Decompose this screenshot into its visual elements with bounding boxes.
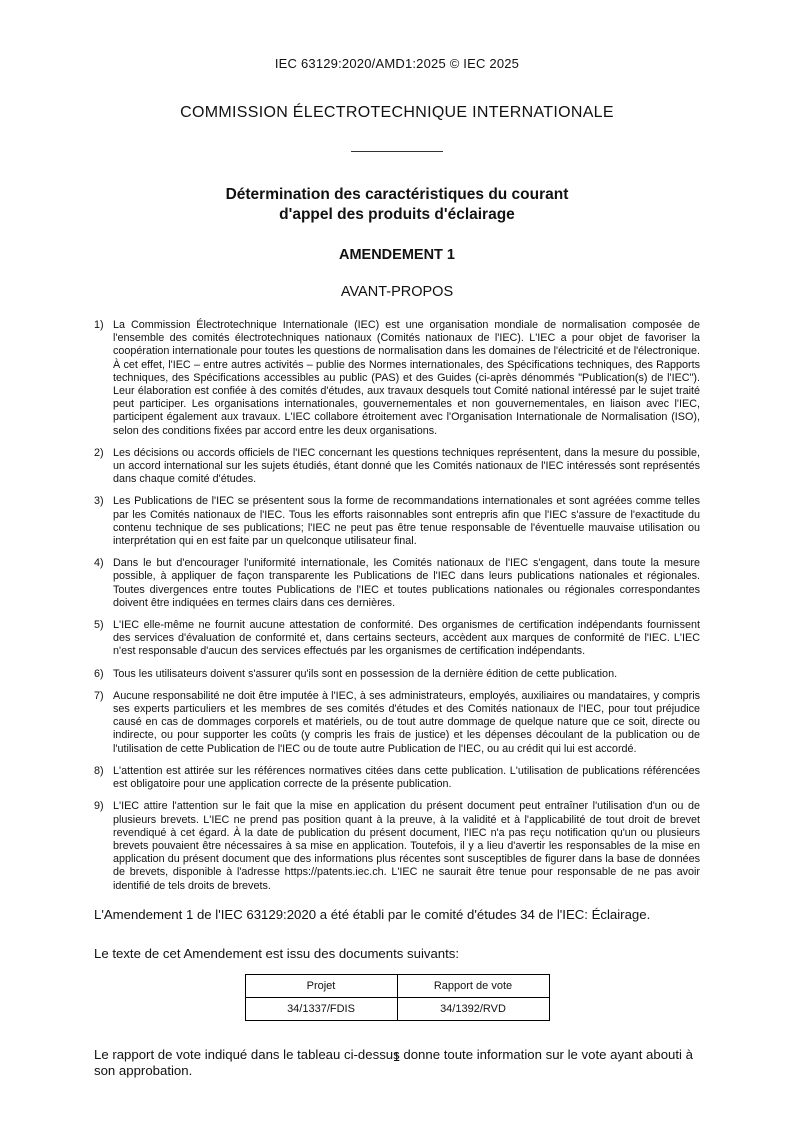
foreword-item-number: 8) <box>94 765 113 791</box>
running-header: IEC 63129:2020/AMD1:2025 © IEC 2025 <box>94 56 700 71</box>
foreword-item-text: La Commission Électrotechnique Internati… <box>113 319 700 438</box>
amendment-heading: AMENDEMENT 1 <box>94 247 700 263</box>
documents-table: Projet Rapport de vote 34/1337/FDIS 34/1… <box>245 974 550 1021</box>
foreword-item-text: Dans le but d'encourager l'uniformité in… <box>113 557 700 610</box>
foreword-item-6: 6) Tous les utilisateurs doivent s'assur… <box>94 668 700 681</box>
foreword-item-number: 4) <box>94 557 113 610</box>
foreword-heading: AVANT-PROPOS <box>94 284 700 300</box>
foreword-item-number: 9) <box>94 800 113 892</box>
documents-table-header-projet: Projet <box>245 974 397 997</box>
committee-paragraph: L'Amendement 1 de l'IEC 63129:2020 a été… <box>94 907 700 923</box>
document-title: Détermination des caractéristiques du co… <box>94 185 700 225</box>
foreword-list: 1) La Commission Électrotechnique Intern… <box>94 319 700 893</box>
foreword-item-5: 5) L'IEC elle-même ne fournit aucune att… <box>94 619 700 659</box>
documents-intro-paragraph: Le texte de cet Amendement est issu des … <box>94 946 700 962</box>
foreword-item-text: Les Publications de l'IEC se présentent … <box>113 495 700 548</box>
foreword-item-number: 3) <box>94 495 113 548</box>
foreword-item-number: 6) <box>94 668 113 681</box>
foreword-item-number: 7) <box>94 690 113 756</box>
horizontal-separator <box>351 151 443 152</box>
foreword-item-8: 8) L'attention est attirée sur les référ… <box>94 765 700 791</box>
foreword-item-3: 3) Les Publications de l'IEC se présente… <box>94 495 700 548</box>
page-number: 1 <box>0 1050 793 1064</box>
foreword-item-7: 7) Aucune responsabilité ne doit être im… <box>94 690 700 756</box>
foreword-item-4: 4) Dans le but d'encourager l'uniformité… <box>94 557 700 610</box>
document-title-line2: d'appel des produits d'éclairage <box>94 205 700 225</box>
organization-title: COMMISSION ÉLECTROTECHNIQUE INTERNATIONA… <box>94 104 700 122</box>
foreword-item-number: 2) <box>94 447 113 487</box>
foreword-item-text: L'IEC elle-même ne fournit aucune attest… <box>113 619 700 659</box>
foreword-item-9: 9) L'IEC attire l'attention sur le fait … <box>94 800 700 892</box>
foreword-item-text: L'IEC attire l'attention sur le fait que… <box>113 800 700 892</box>
documents-table-cell-projet: 34/1337/FDIS <box>245 997 397 1020</box>
document-title-line1: Détermination des caractéristiques du co… <box>94 185 700 205</box>
foreword-item-number: 5) <box>94 619 113 659</box>
foreword-item-1: 1) La Commission Électrotechnique Intern… <box>94 319 700 438</box>
foreword-item-text: Tous les utilisateurs doivent s'assurer … <box>113 668 700 681</box>
foreword-item-number: 1) <box>94 319 113 438</box>
foreword-item-text: L'attention est attirée sur les référenc… <box>113 765 700 791</box>
foreword-item-text: Aucune responsabilité ne doit être imput… <box>113 690 700 756</box>
documents-table-data-row: 34/1337/FDIS 34/1392/RVD <box>245 997 549 1020</box>
foreword-item-2: 2) Les décisions ou accords officiels de… <box>94 447 700 487</box>
documents-table-header-rapport: Rapport de vote <box>397 974 549 997</box>
foreword-item-text: Les décisions ou accords officiels de l'… <box>113 447 700 487</box>
document-page: IEC 63129:2020/AMD1:2025 © IEC 2025 COMM… <box>0 0 793 1122</box>
documents-table-header-row: Projet Rapport de vote <box>245 974 549 997</box>
documents-table-cell-rapport: 34/1392/RVD <box>397 997 549 1020</box>
